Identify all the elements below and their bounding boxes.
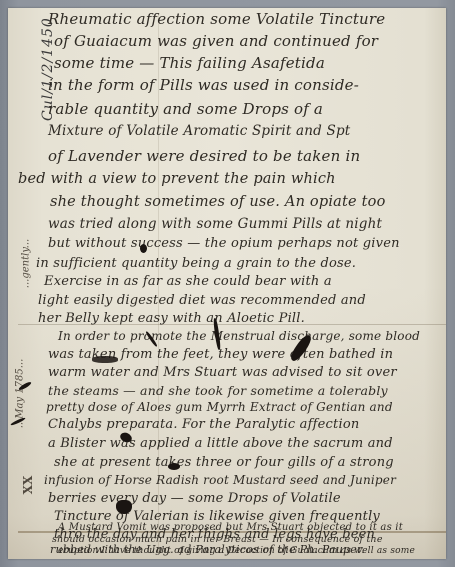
manuscript-line: she thought sometimes of use. An opiate …	[50, 194, 386, 210]
manuscript-line: should occasion much pain in her Breast …	[52, 534, 383, 545]
manuscript-page: Cul/1/2/1450 ...gently... XX ...May 1785…	[8, 8, 446, 559]
manuscript-line: pretty dose of Aloes gum Myrrh Extract o…	[46, 400, 393, 414]
manuscript-line: eruption I have thought of giving a Deco…	[58, 546, 415, 556]
manuscript-line: Exercise in as far as she could bear wit…	[44, 274, 332, 289]
manuscript-line: she at present takes three or four gills…	[54, 455, 394, 470]
manuscript-line: of Lavender were desired to be taken in	[48, 147, 360, 165]
manuscript-line: of Guaiacum was given and continued for	[54, 32, 378, 50]
manuscript-line: warm water and Mrs Stuart was advised to…	[48, 365, 397, 380]
ink-blot	[168, 463, 180, 470]
manuscript-line: In order to promote the Menstrual discha…	[58, 329, 420, 343]
manuscript-line: A Mustard Vomit was proposed but Mrs Stu…	[58, 522, 403, 533]
ink-blot	[140, 244, 147, 253]
manuscript-line: Rheumatic affection some Volatile Tinctu…	[48, 10, 385, 28]
manuscript-line: Mixture of Volatile Aromatic Spirit and …	[48, 123, 350, 139]
manuscript-line: her Belly kept easy with an Aloetic Pill…	[38, 311, 305, 326]
manuscript-line: light easily digested diet was recommend…	[38, 293, 366, 308]
manuscript-line: some time — This failing Asafetida	[54, 54, 325, 72]
manuscript-line: but without success — the opium perhaps …	[48, 236, 400, 251]
manuscript-line: infusion of Horse Radish root Mustard se…	[44, 473, 396, 487]
manuscript-line: was tried along with some Gummi Pills at…	[48, 216, 382, 232]
ink-blot	[116, 500, 132, 514]
manuscript-line: in sufficient quantity being a grain to …	[36, 256, 356, 271]
manuscript-line: in the form of Pills was used in conside…	[48, 76, 359, 94]
manuscript-line: a Blister was applied a little above the…	[48, 436, 393, 451]
ink-blot	[92, 356, 118, 363]
manuscript-line: berries every day — some Drops of Volati…	[48, 491, 341, 506]
margin-note: ...May 1785...	[15, 294, 26, 494]
manuscript-line: the steams — and she took for sometime a…	[48, 383, 388, 398]
manuscript-line: bed with a view to prevent the pain whic…	[18, 171, 336, 187]
manuscript-line: Chalybs preparata. For the Paralytic aff…	[48, 417, 359, 432]
manuscript-line: rable quantity and some Drops of a	[48, 100, 323, 118]
